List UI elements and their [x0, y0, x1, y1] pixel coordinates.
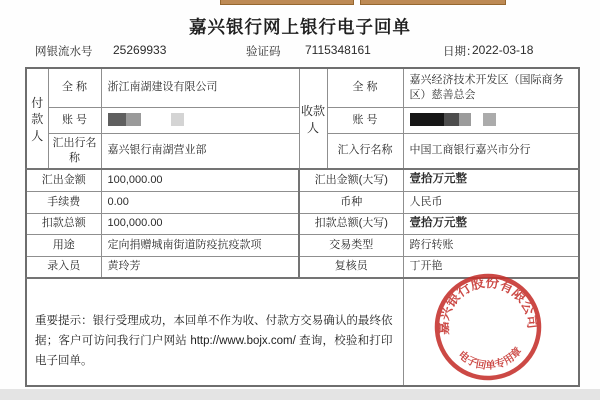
page-bottom-margin [0, 389, 600, 400]
transaction-type-value: 跨行转账 [403, 234, 579, 256]
verification-code-label: 验证码 [246, 43, 281, 59]
date-value: 2022-03-18 [472, 43, 533, 57]
payee-account-label: 账 号 [327, 107, 403, 133]
payer-account-redacted [101, 107, 299, 133]
payer-bank-label: 汇出行名称 [48, 133, 101, 169]
top-button-cutoff-left[interactable] [220, 0, 354, 5]
payer-name-label: 全 称 [48, 68, 101, 107]
page-title: 嘉兴银行网上银行电子回单 [0, 14, 600, 39]
receipt-page: 嘉兴银行网上银行电子回单 网银流水号 25269933 验证码 71153481… [0, 0, 600, 400]
redaction-block [444, 113, 459, 126]
payer-account-label: 账 号 [48, 107, 101, 133]
reviewer-label: 复核员 [299, 256, 403, 278]
currency-value: 人民币 [403, 191, 579, 213]
redaction-block [410, 113, 444, 126]
top-button-cutoff-right[interactable] [360, 0, 506, 5]
entry-clerk-label: 录入员 [26, 256, 101, 278]
debit-total-label: 扣款总额 [26, 213, 101, 234]
redaction-block [483, 113, 496, 126]
redaction-block [459, 113, 471, 126]
payer-name-value: 浙江南湖建设有限公司 [101, 68, 299, 107]
redaction-block [171, 113, 184, 126]
payer-section-label: 付款人 [26, 68, 48, 169]
amount-value: 100,000.00 [101, 169, 299, 191]
amount-words-value: 壹拾万元整 [403, 169, 579, 191]
reviewer-value: 丁开艳 [403, 256, 579, 278]
payee-bank-value: 中国工商银行嘉兴市分行 [403, 133, 579, 169]
serial-number-value: 25269933 [113, 43, 166, 57]
payee-bank-label: 汇入行名称 [327, 133, 403, 169]
redaction-block [108, 113, 126, 126]
fee-value: 0.00 [101, 191, 299, 213]
entry-clerk-value: 黄玲芳 [101, 256, 299, 278]
payer-bank-value: 嘉兴银行南湖营业部 [101, 133, 299, 169]
payee-name-value: 嘉兴经济技术开发区（国际商务区）慈善总会 [403, 68, 579, 107]
verification-code-value: 7115348161 [305, 43, 371, 57]
payee-name-label: 全 称 [327, 68, 403, 107]
purpose-value: 定向捐赠城南街道防疫抗疫款项 [101, 234, 299, 256]
receipt-header-row: 网银流水号 25269933 验证码 7115348161 日期： 2022-0… [0, 43, 600, 61]
debit-total-value: 100,000.00 [101, 213, 299, 234]
payee-account-redacted [403, 107, 579, 133]
important-notice-text: 重要提示：银行受理成功，本回单不作为收、付款方交易确认的最终依据；客户可访问我行… [35, 311, 393, 371]
amount-label: 汇出金额 [26, 169, 101, 191]
redaction-block [126, 113, 141, 126]
payee-section-label: 收款人 [299, 68, 327, 169]
debit-words-value: 壹拾万元整 [403, 213, 579, 234]
receipt-table: 付款人 全 称 浙江南湖建设有限公司 收款人 全 称 嘉兴经济技术开发区（国际商… [25, 67, 580, 387]
transaction-type-label: 交易类型 [299, 234, 403, 256]
amount-words-label: 汇出金额(大写) [299, 169, 403, 191]
stamp-cell [403, 278, 579, 386]
debit-words-label: 扣款总额(大写) [299, 213, 403, 234]
currency-label: 币种 [299, 191, 403, 213]
fee-label: 手续费 [26, 191, 101, 213]
important-notice-cell: 重要提示：银行受理成功，本回单不作为收、付款方交易确认的最终依据；客户可访问我行… [26, 278, 403, 386]
serial-number-label: 网银流水号 [35, 43, 93, 59]
purpose-label: 用途 [26, 234, 101, 256]
